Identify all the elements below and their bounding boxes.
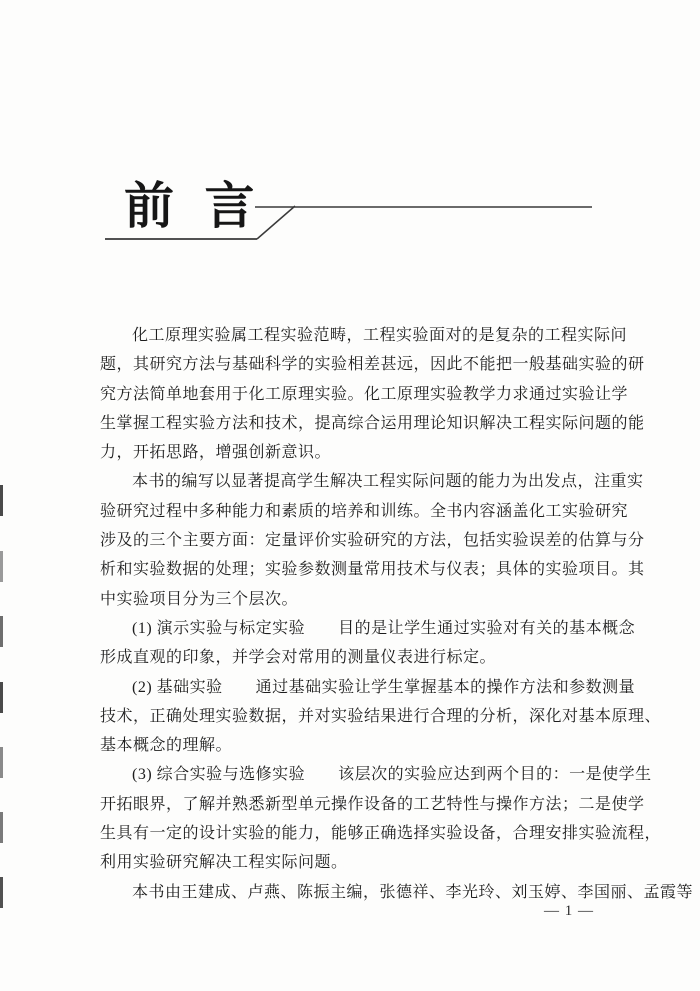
scanned-preface-page: 前 言 化工原理实验属工程实验范畴，工程实验面对的是复杂的工程实际问题，其研究方…	[0, 0, 700, 991]
text-line: 利用实验研究解决工程实际问题。	[100, 848, 603, 877]
scan-artifact-mark	[0, 682, 3, 713]
text-line: 本书由王建成、卢燕、陈振主编，张德祥、李光玲、刘玉婷、李国丽、孟霞等	[100, 878, 603, 907]
body-text: 化工原理实验属工程实验范畴，工程实验面对的是复杂的工程实际问题，其研究方法与基础…	[100, 321, 603, 907]
scan-artifact-mark	[0, 616, 3, 647]
text-line: 题，其研究方法与基础科学的实验相差甚远，因此不能把一般基础实验的研	[100, 350, 603, 379]
text-line: 涉及的三个主要方面：定量评价实验研究的方法，包括实验误差的估算与分	[100, 526, 603, 555]
scan-artifact-mark	[0, 551, 3, 582]
text-line: 力，开拓思路，增强创新意识。	[100, 438, 603, 467]
scan-artifact-mark	[0, 877, 3, 908]
scan-artifact-mark	[0, 485, 3, 516]
text-line: (2) 基础实验 通过基础实验让学生掌握基本的操作方法和参数测量	[100, 673, 603, 702]
text-line: 中实验项目分为三个层次。	[100, 585, 603, 614]
scan-artifact-mark	[0, 812, 3, 843]
text-line: (3) 综合实验与选修实验 该层次的实验应达到两个目的：一是使学生	[100, 760, 603, 789]
text-line: 形成直观的印象，并学会对常用的测量仪表进行标定。	[100, 643, 603, 672]
title-rule-decoration	[60, 190, 640, 260]
text-line: 技术，正确处理实验数据，并对实验结果进行合理的分析，深化对基本原理、	[100, 702, 603, 731]
text-line: 本书的编写以显著提高学生解决工程实际问题的能力为出发点，注重实	[100, 467, 603, 496]
text-line: 基本概念的理解。	[100, 731, 603, 760]
scan-artifact-mark	[0, 747, 3, 778]
text-line: 生具有一定的设计实验的能力，能够正确选择实验设备，合理安排实验流程，	[100, 819, 603, 848]
text-line: 生掌握工程实验方法和技术，提高综合运用理论知识解决工程实际问题的能	[100, 409, 603, 438]
text-line: 化工原理实验属工程实验范畴，工程实验面对的是复杂的工程实际问	[100, 321, 603, 350]
text-line: 究方法简单地套用于化工原理实验。化工原理实验教学力求通过实验让学	[100, 380, 603, 409]
page-number: — 1 —	[534, 903, 604, 920]
text-line: 验研究过程中多种能力和素质的培养和训练。全书内容涵盖化工实验研究	[100, 497, 603, 526]
text-line: (1) 演示实验与标定实验 目的是让学生通过实验对有关的基本概念	[100, 614, 603, 643]
text-line: 析和实验数据的处理；实验参数测量常用技术与仪表；具体的实验项目。其	[100, 555, 603, 584]
text-line: 开拓眼界，了解并熟悉新型单元操作设备的工艺特性与操作方法；二是使学	[100, 790, 603, 819]
